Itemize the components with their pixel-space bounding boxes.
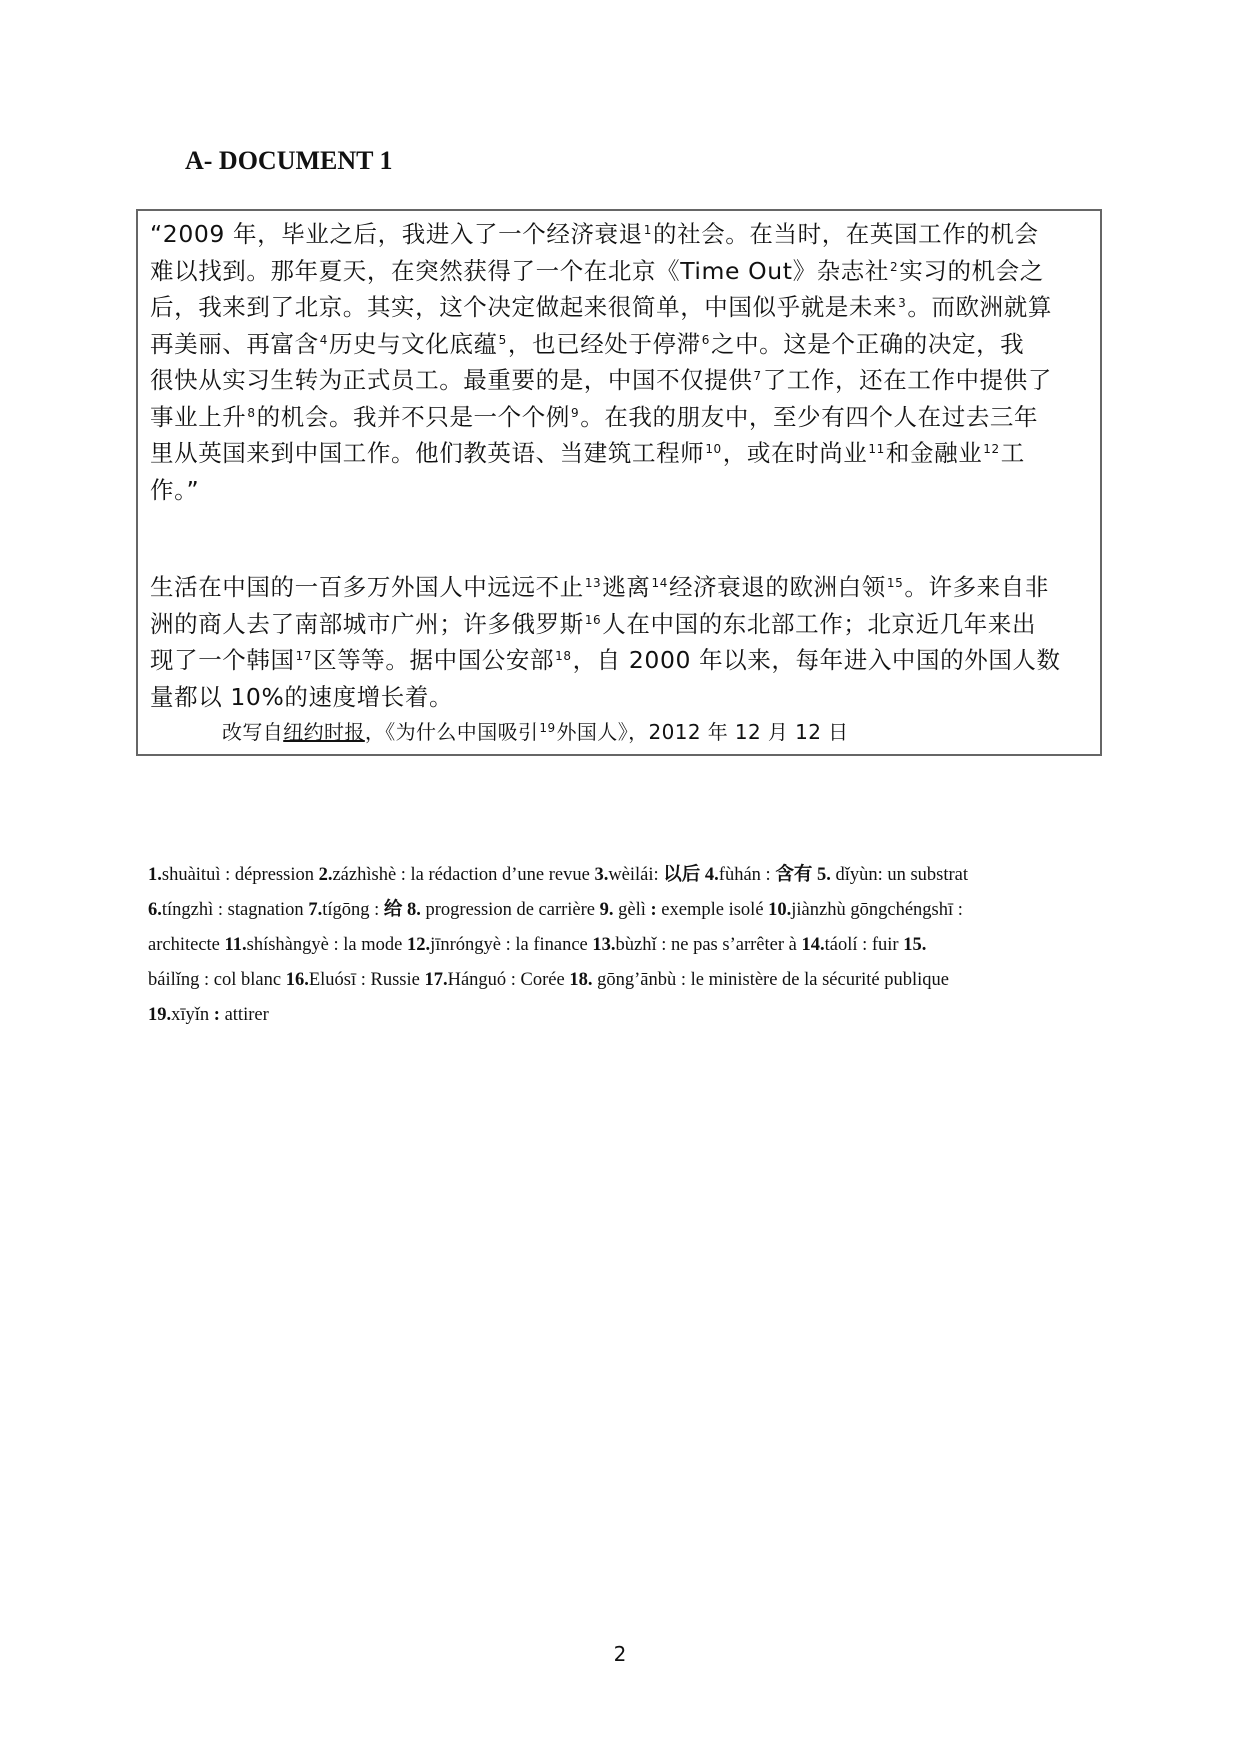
text-line: “2009 年，毕业之后，我进入了一个经济衰退1的社会。在当时，在英国工作的机会 xyxy=(150,216,1092,253)
source-prefix: 改写自 xyxy=(222,720,283,744)
quote-paragraph: “2009 年，毕业之后，我进入了一个经济衰退1的社会。在当时，在英国工作的机会… xyxy=(150,216,1092,508)
glossary-number: 3. xyxy=(594,865,608,885)
glossary-number: 2. xyxy=(319,865,333,885)
glossary-number: 16. xyxy=(286,970,309,990)
glossary-number: 4. xyxy=(705,865,719,885)
text-line: 再美丽、再富含4历史与文化底蕴5，也已经处于停滞6之中。这是个正确的决定，我 xyxy=(150,326,1092,363)
footnote-marker: 11 xyxy=(868,442,884,456)
footnote-marker: 1 xyxy=(644,223,652,237)
footnote-marker: 10 xyxy=(705,442,721,456)
footnote-marker: 3 xyxy=(898,296,906,310)
glossary-number: : xyxy=(214,1005,225,1025)
footnote-marker: 6 xyxy=(702,333,710,347)
document-text-box: “2009 年，毕业之后，我进入了一个经济衰退1的社会。在当时，在英国工作的机会… xyxy=(136,209,1102,756)
text-line: 量都以 10%的速度增长着。 xyxy=(150,679,1092,716)
footnote-marker: 7 xyxy=(754,369,762,383)
footnote-marker: 8 xyxy=(247,406,255,420)
glossary-line: 1.shuàituì : dépression 2.zázhìshè : la … xyxy=(148,858,1098,893)
footnote-marker: 2 xyxy=(890,260,898,274)
glossary-number: 18. xyxy=(569,970,597,990)
glossary-number: 14. xyxy=(801,935,824,955)
text-line: 事业上升8的机会。我并不只是一个个例9。在我的朋友中，至少有四个人在过去三年 xyxy=(150,399,1092,436)
text-line: 作。” xyxy=(150,472,1092,509)
source-title-end: 外国人》，2012 年 12 月 12 日 xyxy=(557,720,849,744)
text-line: 难以找到。那年夏天，在突然获得了一个在北京《Time Out》杂志社2实习的机会… xyxy=(150,253,1092,290)
text-line: 现了一个韩国17区等等。据中国公安部18，自 2000 年以来，每年进入中国的外… xyxy=(150,642,1092,679)
glossary-number: 6. xyxy=(148,900,162,920)
section-heading: A- DOCUMENT 1 xyxy=(185,146,393,176)
footnote-marker: 16 xyxy=(585,613,601,627)
footnote-marker: 5 xyxy=(499,333,507,347)
footnote-marker: 15 xyxy=(887,576,903,590)
context-paragraph: 生活在中国的一百多万外国人中远远不止13逃离14经济衰退的欧洲白领15。许多来自… xyxy=(150,569,1092,715)
glossary-number: 19. xyxy=(148,1005,171,1025)
glossary-number: 15. xyxy=(903,935,926,955)
glossary-line: báilǐng : col blanc 16.Eluósī : Russie 1… xyxy=(148,963,1098,998)
vocabulary-glossary: 1.shuàituì : dépression 2.zázhìshè : la … xyxy=(148,858,1098,1033)
glossary-number: : xyxy=(651,900,662,920)
footnote-marker: 18 xyxy=(555,649,571,663)
footnote-marker: 19 xyxy=(539,721,555,735)
glossary-line: architecte 11.shíshàngyè : la mode 12.jī… xyxy=(148,928,1098,963)
glossary-number: 12. xyxy=(407,935,430,955)
glossary-number: 10. xyxy=(768,900,791,920)
text-line: 洲的商人去了南部城市广州；许多俄罗斯16人在中国的东北部工作；北京近几年来出 xyxy=(150,606,1092,643)
text-line: 很快从实习生转为正式员工。最重要的是，中国不仅提供7了工作，还在工作中提供了 xyxy=(150,362,1092,399)
footnote-marker: 17 xyxy=(296,649,312,663)
footnote-marker: 12 xyxy=(983,442,999,456)
text-line: 里从英国来到中国工作。他们教英语、当建筑工程师10，或在时尚业11和金融业12工 xyxy=(150,435,1092,472)
footnote-marker: 9 xyxy=(571,406,579,420)
footnote-marker: 13 xyxy=(585,576,601,590)
source-publication: 纽约时报 xyxy=(283,720,365,744)
glossary-number: 含有 xyxy=(775,865,817,885)
footnote-marker: 14 xyxy=(652,576,668,590)
glossary-number: 17. xyxy=(424,970,447,990)
glossary-number: 给 8. xyxy=(384,900,426,920)
source-title-start: ，《为什么中国吸引 xyxy=(365,720,539,744)
text-line: 生活在中国的一百多万外国人中远远不止13逃离14经济衰退的欧洲白领15。许多来自… xyxy=(150,569,1092,606)
glossary-line: 6.tíngzhì : stagnation 7.tígōng : 给 8. p… xyxy=(148,893,1098,928)
glossary-number: 以后 xyxy=(663,865,705,885)
glossary-number: 9. xyxy=(600,900,619,920)
footnote-marker: 4 xyxy=(320,333,328,347)
glossary-number: 11. xyxy=(225,935,247,955)
glossary-number: 13. xyxy=(592,935,615,955)
glossary-number: 5. xyxy=(817,865,836,885)
glossary-number: 7. xyxy=(308,900,322,920)
glossary-number: 1. xyxy=(148,865,162,885)
source-citation: 改写自纽约时报，《为什么中国吸引19外国人》，2012 年 12 月 12 日 xyxy=(222,719,848,745)
glossary-line: 19.xīyǐn : attirer xyxy=(148,998,1098,1033)
text-line: 后，我来到了北京。其实，这个决定做起来很简单，中国似乎就是未来3。而欧洲就算 xyxy=(150,289,1092,326)
page-number: 2 xyxy=(0,1642,1240,1666)
